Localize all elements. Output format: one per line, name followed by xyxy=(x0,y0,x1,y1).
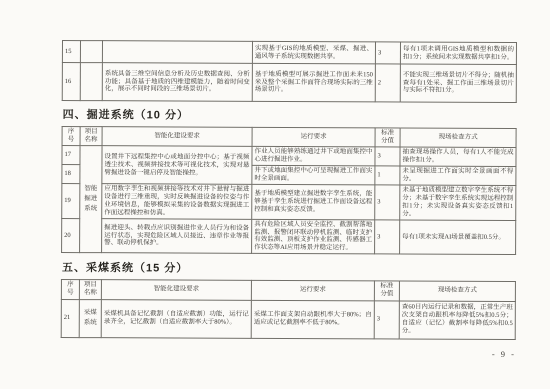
col-header-no-label: 序号 xyxy=(65,128,77,144)
col-header-check: 现场检查方式 xyxy=(399,281,515,301)
cell-score: 3 xyxy=(375,42,400,64)
scanned-document-page: 15 实现基于GIS的地质模型、采煤、掘进、通风等子系统实现数据共享。 3 每有… xyxy=(0,0,550,389)
cell-build-requirement: 采煤机具备记忆截割（自适应截割）功能，运行记录齐全，记忆截割（自适应截割率大于8… xyxy=(101,299,251,338)
project-name-vertical: 智能掘进系统 xyxy=(84,184,98,215)
cell-no: 18 xyxy=(62,165,80,184)
cell-no: 17 xyxy=(62,146,80,165)
col-header-check: 现场检查方式 xyxy=(400,128,516,148)
cell-check-method: 查60日内运行记录和数据，正常生产班次支架自动跟机率每降低5%扣0.5分；自适应… xyxy=(399,301,515,340)
table-row: 21 采煤系统 采煤机具备记忆截割（自适应截割）功能，运行记录齐全，记忆截割（自… xyxy=(61,299,515,339)
table-row: 16 系统具备三维空间信息分析及历史数据查阅、分析功能；具备基于地质的四维建模能… xyxy=(62,63,516,103)
cell-run-requirement: 实现基于GIS的地质模型、采煤、掘进、通风等子系统实现数据共享。 xyxy=(252,41,375,64)
table-header-row: 序号 项目名称 智能化建设要求 运行要求 标准分值 现场检查方式 xyxy=(62,127,516,148)
cell-build-requirement xyxy=(102,41,252,64)
cell-score: 3 xyxy=(375,147,400,166)
col-header-score: 标准分值 xyxy=(375,128,400,147)
table-row: 20 掘进迎头、转载点应识别掘进作业人员行为和设备运行状态，实现危险区域人员接近… xyxy=(62,218,516,255)
cell-project xyxy=(80,63,102,101)
cell-no: 15 xyxy=(62,41,80,63)
cell-run-requirement: 具有危险区域人员安全监控、截割帮落地监测、报警闭环联动停机监测、临时支护有效监测… xyxy=(252,219,375,254)
page-number: - 9 - xyxy=(492,349,516,359)
cell-build-requirement: 设置井下远程集控中心或地面分控中心；基于视频透尘技术、视频拼接技术等可视化技术，… xyxy=(102,146,252,184)
cell-check-method: 未呈现掘进工作面实时全景画面不得分。 xyxy=(400,166,516,185)
col-header-project: 项目名称 xyxy=(79,280,101,299)
col-header-score-label: 标准分值 xyxy=(381,129,395,145)
cell-build-requirement: 掘进迎头、转载点应识别掘进作业人员行为和设备运行状态，实现危险区域人员接近、违章… xyxy=(102,218,252,253)
cell-no: 19 xyxy=(62,183,80,218)
cell-check-method: 抽查现场操作人员，每有1人不能完成操作扣1分。 xyxy=(400,147,516,166)
col-header-score: 标准分值 xyxy=(374,281,399,300)
cell-build-requirement: 应用数字孪生和视频拼接等技术对井下悬臂与掘进设备进行三维重现，实时反映掘进设备的… xyxy=(102,184,252,219)
cell-no: 20 xyxy=(62,218,80,253)
table-excavation-system: 序号 项目名称 智能化建设要求 运行要求 标准分值 现场检查方式 17 智能掘进… xyxy=(61,126,517,255)
table-row: 15 实现基于GIS的地质模型、采煤、掘进、通风等子系统实现数据共享。 3 每有… xyxy=(62,41,516,65)
table-header-row: 序号 项目名称 智能化建设要求 运行要求 标准分值 现场检查方式 xyxy=(61,280,515,301)
table-row: 19 应用数字孪生和视频拼接等技术对井下悬臂与掘进设备进行三维重现，实时反映掘进… xyxy=(62,183,516,220)
cell-score: 3 xyxy=(375,185,400,220)
col-header-no-label: 序号 xyxy=(64,281,76,297)
section-title-excavation: 四、掘进系统（10 分） xyxy=(63,106,516,124)
cell-score: 3 xyxy=(374,300,399,338)
col-header-no: 序号 xyxy=(61,280,79,299)
col-header-no: 序号 xyxy=(62,127,80,146)
cell-build-requirement: 系统具备三维空间信息分析及历史数据查阅、分析功能；具备基于地质的四维建模能力，随… xyxy=(102,63,252,102)
project-name-vertical: 采煤系统 xyxy=(83,308,97,329)
page-content: 15 实现基于GIS的地质模型、采煤、掘进、通风等子系统实现数据共享。 3 每有… xyxy=(61,40,516,340)
cell-score: 1 xyxy=(375,166,400,185)
cell-project-merged: 智能掘进系统 xyxy=(80,146,102,253)
cell-no: 21 xyxy=(61,299,79,337)
col-header-build: 智能化建设要求 xyxy=(102,127,252,147)
cell-run-requirement: 作业人员能够熟练通过井下或地面集控中心进行掘进作业。 xyxy=(252,147,375,166)
col-header-project: 项目名称 xyxy=(80,127,102,146)
cell-check-method: 不能实现三维场景切片不得分；随机抽查每有1处采、掘工作面三维场景切片与实际不符扣… xyxy=(400,64,516,103)
col-header-build: 智能化建设要求 xyxy=(101,280,251,300)
col-header-run: 运行要求 xyxy=(252,127,375,147)
cell-run-requirement: 井下或地面集控中心可呈现掘进工作面实时全景画面。 xyxy=(252,165,375,184)
cell-run-requirement: 采煤工作面支架自动跟机率大于80%；自适应或记忆截割率不低于80%。 xyxy=(251,300,374,339)
cell-project: 采煤系统 xyxy=(79,299,101,337)
cell-score: 3 xyxy=(375,219,400,254)
col-header-run: 运行要求 xyxy=(251,281,374,301)
cell-run-requirement: 基于地质模型可展示掘进工作面未来150米及整个采掘工作面符合现场实际的三维场景切… xyxy=(252,63,375,102)
col-header-project-label: 项目名称 xyxy=(83,281,97,297)
cell-check-method: 未基于地质模型建立数字孪生系统不得分；未基于数字孪生系统实现远程控制扣1分；未实… xyxy=(400,185,516,220)
cell-score: 2 xyxy=(375,64,400,102)
section-title-coal-mining: 五、采煤系统（15 分） xyxy=(62,259,515,277)
cell-check-method: 每有1项未实现AI场景覆盖扣0.5分。 xyxy=(400,220,516,255)
col-header-project-label: 项目名称 xyxy=(84,128,98,144)
cell-no: 16 xyxy=(62,63,80,101)
table-row: 17 智能掘进系统 设置井下远程集控中心或地面分控中心；基于视频透尘技术、视频拼… xyxy=(62,146,516,167)
table-gis-continuation: 15 实现基于GIS的地质模型、采煤、掘进、通风等子系统实现数据共享。 3 每有… xyxy=(62,40,517,103)
table-coal-mining-system: 序号 项目名称 智能化建设要求 运行要求 标准分值 现场检查方式 21 采煤系统… xyxy=(61,279,516,339)
cell-project xyxy=(80,41,102,63)
cell-run-requirement: 基于地质模型建立掘进数字孪生系统，能够基于孪生系统进行掘进工作面设备远程控制和真… xyxy=(252,184,375,219)
col-header-score-label: 标准分值 xyxy=(380,283,394,299)
cell-check-method: 每有1项未调用GIS地质模型和数据的扣1分；系统间未实现数据共享扣1分。 xyxy=(400,42,516,65)
